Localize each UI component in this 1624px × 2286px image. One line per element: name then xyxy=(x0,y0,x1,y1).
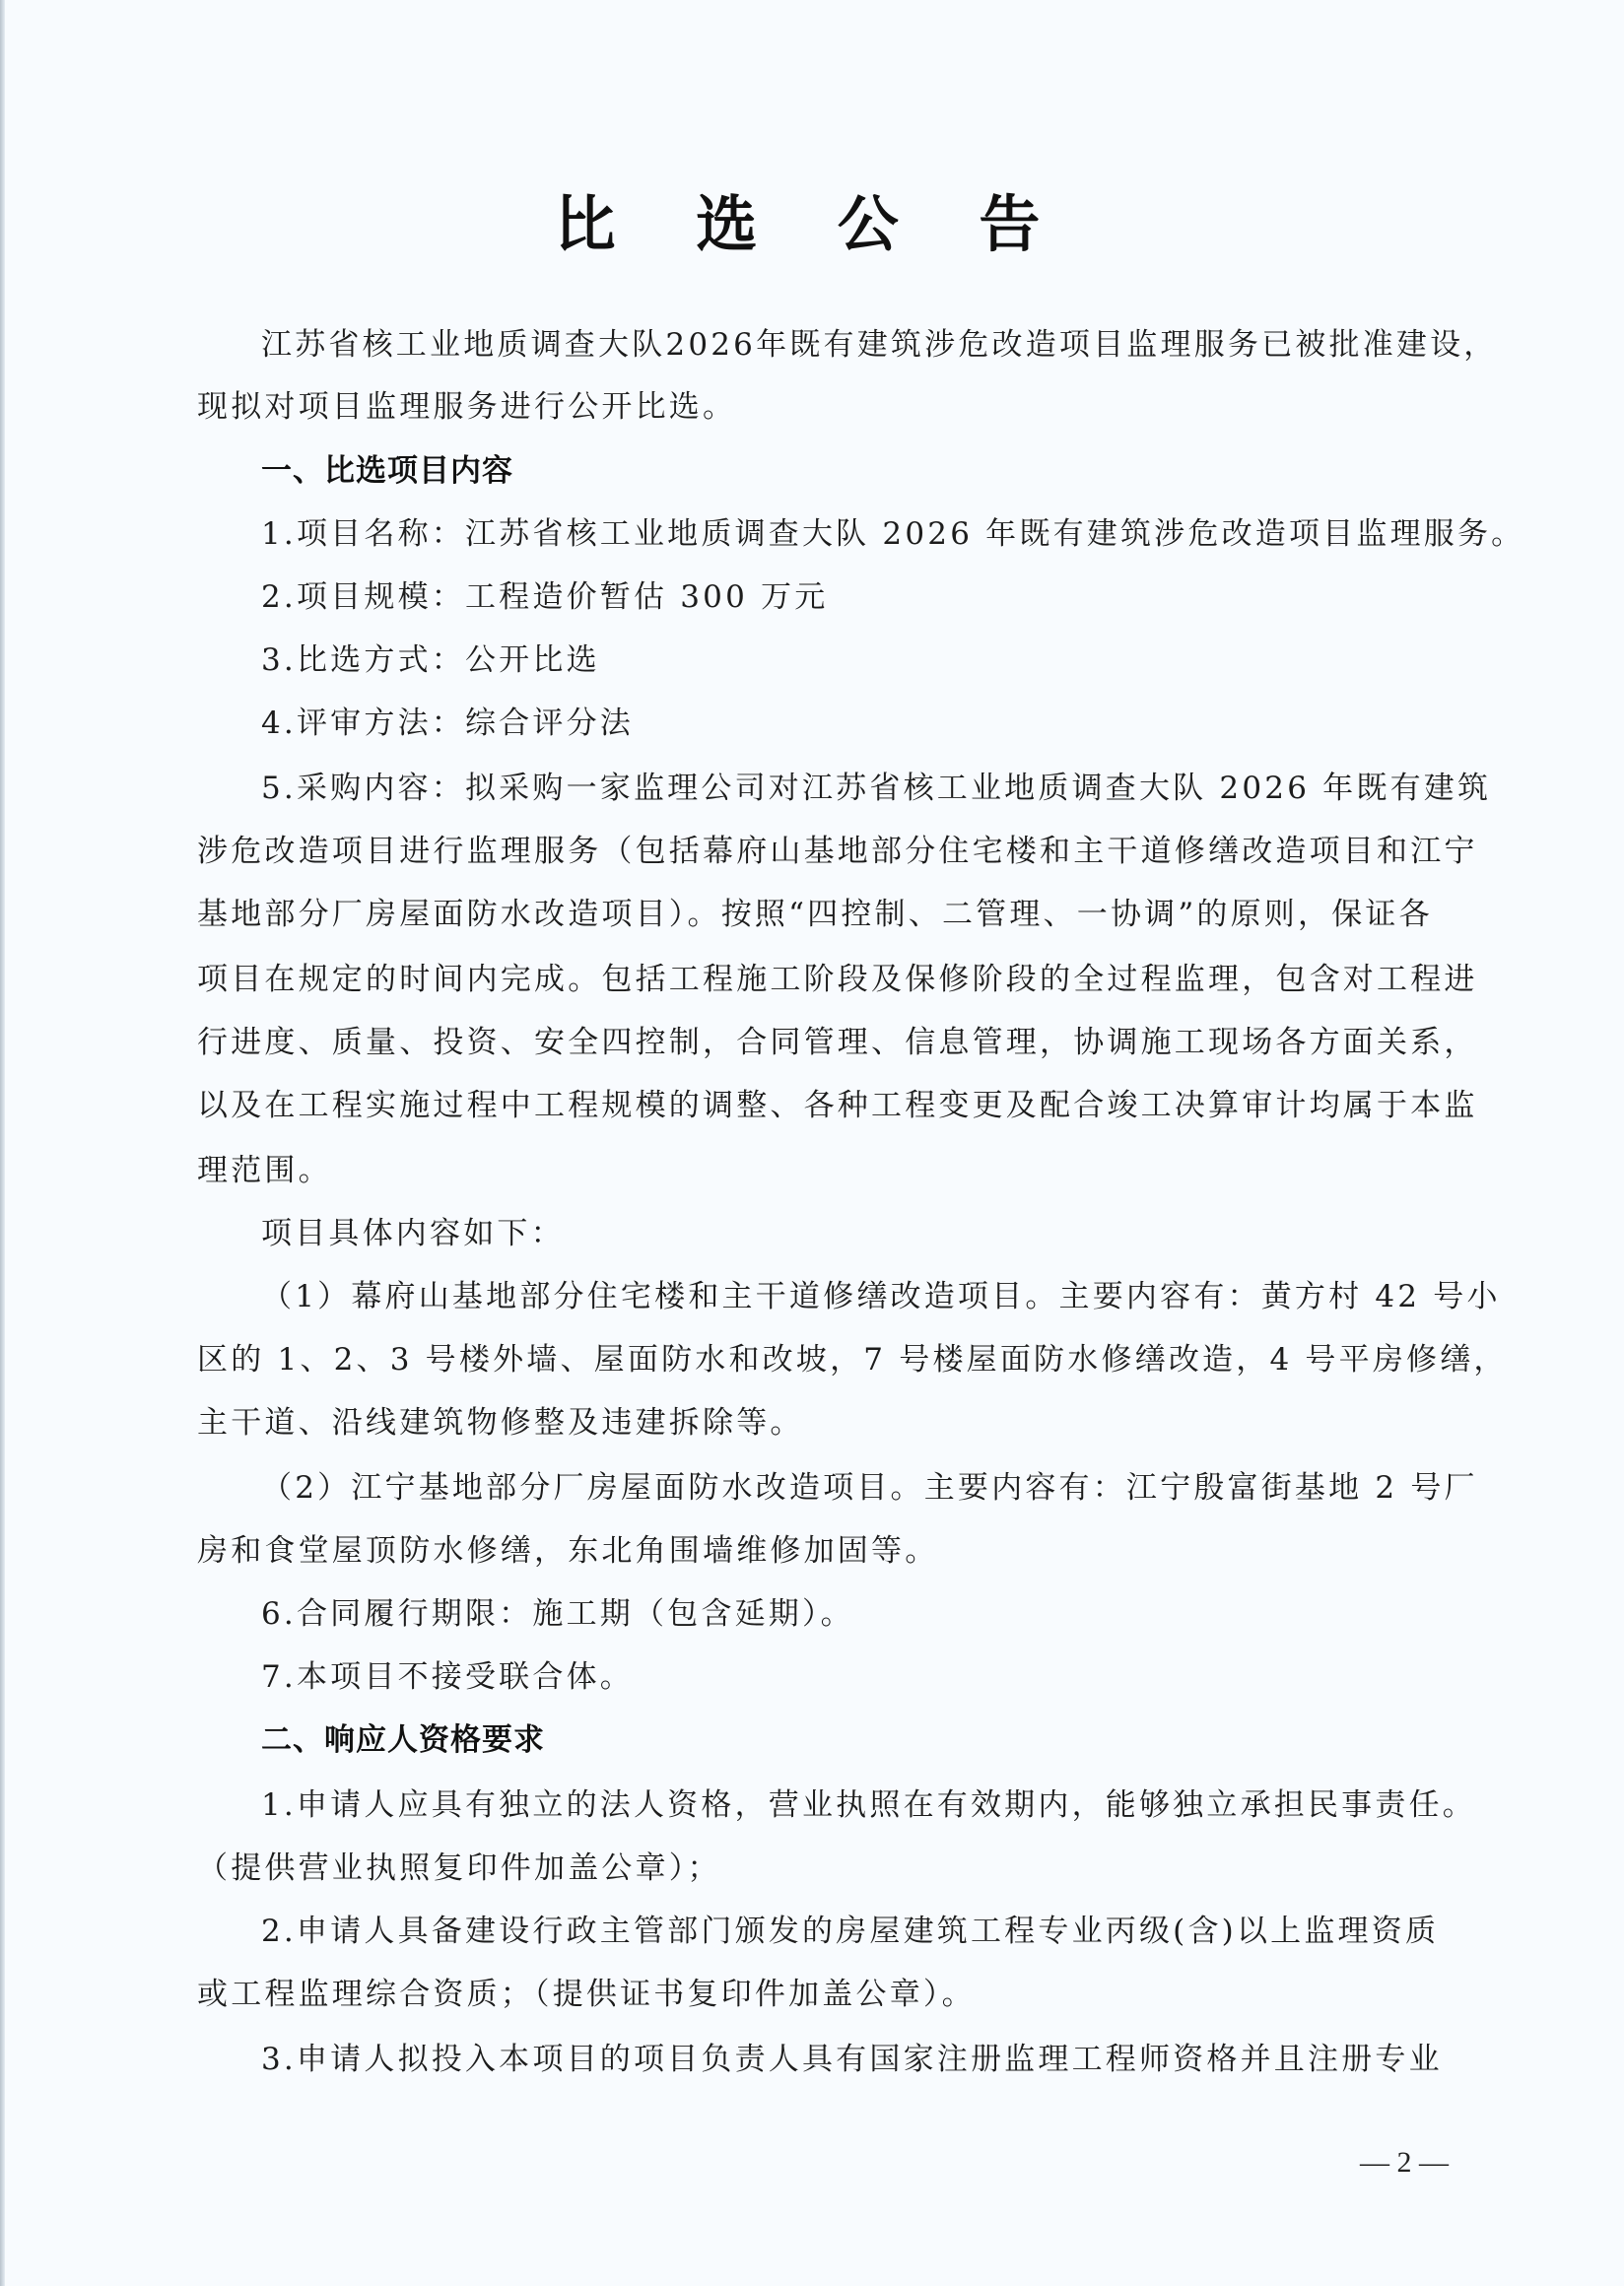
page-title: 比 选 公 告 xyxy=(0,185,1624,264)
req-3-line-1: 3.申请人拟投入本项目的项目负责人具有国家注册监理工程师资格并且注册专业 xyxy=(261,2038,1499,2081)
detail-2-line-1: （2）江宁基地部分厂房屋面防水改造项目。主要内容有：江宁殷富街基地 2 号厂 xyxy=(261,1466,1499,1510)
intro-line-1: 江苏省核工业地质调查大队2026年既有建筑涉危改造项目监理服务已被批准建设， xyxy=(261,323,1499,367)
item-procurement-line-7: 理范围。 xyxy=(197,1149,1435,1192)
document-page: 比 选 公 告 江苏省核工业地质调查大队2026年既有建筑涉危改造项目监理服务已… xyxy=(0,0,1624,2286)
item-selection-method: 3.比选方式：公开比选 xyxy=(261,639,1499,682)
item-procurement-line-1: 5.采购内容：拟采购一家监理公司对江苏省核工业地质调查大队 2026 年既有建筑 xyxy=(261,767,1499,810)
item-project-scale: 2.项目规模：工程造价暂估 300 万元 xyxy=(261,575,1499,619)
item-no-consortium: 7.本项目不接受联合体。 xyxy=(261,1655,1499,1699)
req-2-line-1: 2.申请人具备建设行政主管部门颁发的房屋建筑工程专业丙级(含)以上监理资质 xyxy=(261,1910,1499,1953)
req-2-line-2: 或工程监理综合资质；（提供证书复印件加盖公章）。 xyxy=(197,1973,1435,2016)
req-1-line-2: （提供营业执照复印件加盖公章）； xyxy=(197,1847,1435,1890)
req-1-line-1: 1.申请人应具有独立的法人资格，营业执照在有效期内，能够独立承担民事责任。 xyxy=(261,1783,1499,1827)
detail-2-line-2: 房和食堂屋顶防水修缮，东北角围墙维修加固等。 xyxy=(197,1529,1435,1573)
item-project-name: 1.项目名称：江苏省核工业地质调查大队 2026 年既有建筑涉危改造项目监理服务… xyxy=(261,512,1499,556)
detail-1-line-3: 主干道、沿线建筑物修整及违建拆除等。 xyxy=(197,1401,1435,1445)
item-procurement-line-2: 涉危改造项目进行监理服务（包括幕府山基地部分住宅楼和主干道修缮改造项目和江宁 xyxy=(197,830,1435,873)
detail-1-line-1: （1）幕府山基地部分住宅楼和主干道修缮改造项目。主要内容有：黄方村 42 号小 xyxy=(261,1275,1499,1318)
section-heading-1: 一、比选项目内容 xyxy=(261,449,1499,493)
item-procurement-line-4: 项目在规定的时间内完成。包括工程施工阶段及保修阶段的全过程监理，包含对工程进 xyxy=(197,958,1435,1001)
item-evaluation-method: 4.评审方法：综合评分法 xyxy=(261,702,1499,745)
item-procurement-line-5: 行进度、质量、投资、安全四控制，合同管理、信息管理，协调施工现场各方面关系， xyxy=(197,1021,1435,1064)
detail-1-line-2: 区的 1、2、3 号楼外墙、屋面防水和改坡，7 号楼屋面防水修缮改造，4 号平房… xyxy=(197,1338,1435,1381)
item-contract-period: 6.合同履行期限：施工期（包含延期）。 xyxy=(261,1592,1499,1636)
intro-line-2: 现拟对项目监理服务进行公开比选。 xyxy=(197,385,1435,429)
item-procurement-line-3: 基地部分厂房屋面防水改造项目）。按照“四控制、二管理、一协调”的原则，保证各 xyxy=(197,893,1435,936)
item-procurement-line-6: 以及在工程实施过程中工程规模的调整、各种工程变更及配合竣工决算审计均属于本监 xyxy=(197,1084,1435,1127)
details-intro: 项目具体内容如下： xyxy=(261,1212,1499,1255)
page-number: — 2 — xyxy=(1330,2146,1478,2180)
section-heading-2: 二、响应人资格要求 xyxy=(261,1718,1499,1762)
